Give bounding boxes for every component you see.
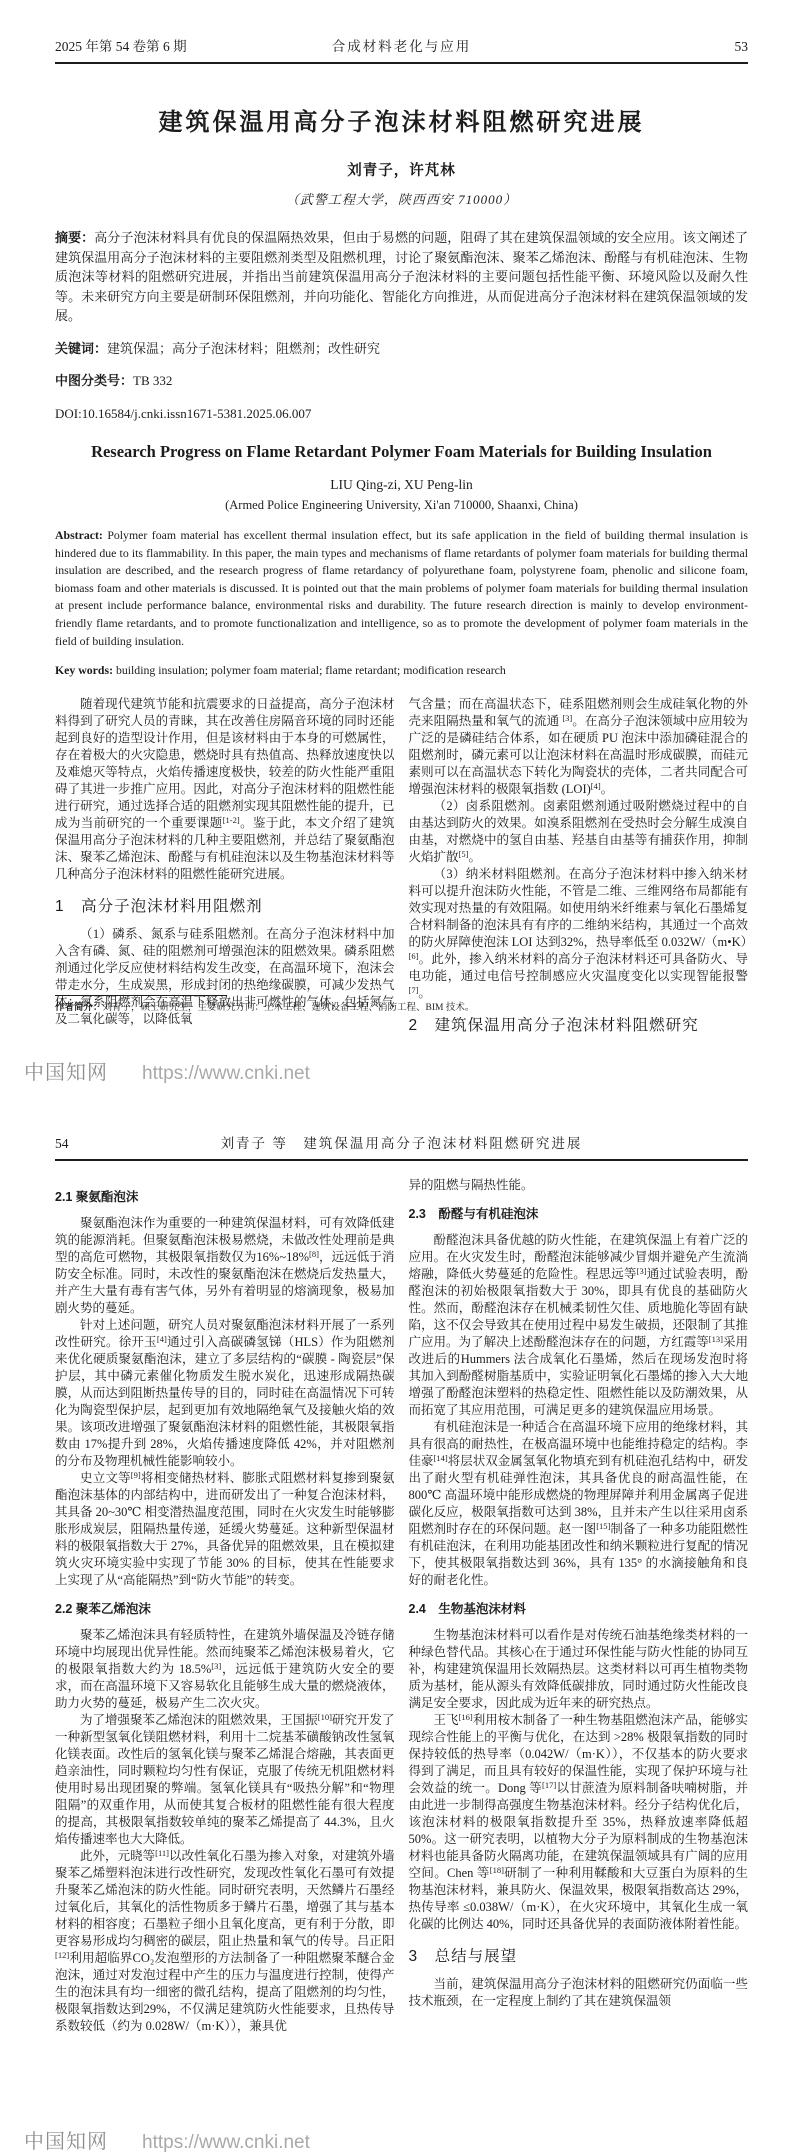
section-heading: 2.3 酚醛与有机硅泡沫: [409, 1206, 749, 1223]
abstract-cn-label: 摘要：: [55, 230, 94, 245]
article-title-cn: 建筑保温用高分子泡沫材料阻燃研究进展: [55, 102, 748, 137]
body-paragraph: 随着现代建筑节能和抗震要求的日益提高，高分子泡沫材料得到了研究人员的青睐，其在改…: [55, 696, 395, 883]
footnote-rule: [55, 995, 227, 996]
body-paragraph: 有机硅泡沫是一种适合在高温环境下应用的绝缘材料，其具有很高的耐热性，在极高温环境…: [409, 1419, 749, 1589]
body-paragraph: 异的阻燃与隔热性能。: [409, 1177, 749, 1194]
section-heading: 2.4 生物基泡沫材料: [409, 1601, 749, 1618]
body-paragraph: 当前，建筑保温用高分子泡沫材料的阻燃研究仍面临一些技术瓶颈，在一定程度上制约了其…: [409, 1976, 749, 2010]
journal-name: 合成材料老化与应用: [255, 38, 548, 56]
page1-right-column: 气含量；而在高温状态下，硅系阻燃剂则会生成硅氧化物的外壳来阻隔热量和氧气的流通 …: [409, 696, 749, 1045]
keywords-en-label: Key words:: [55, 663, 113, 677]
clc-label: 中图分类号：: [55, 373, 133, 388]
keywords-cn-label: 关键词：: [55, 341, 107, 356]
clc-value: TB 332: [133, 373, 172, 388]
keywords-en: Key words: building insulation; polymer …: [55, 662, 748, 680]
footnote-text: 作者简介：刘青子，硕士研究生，主要研究方向：土木工程、建筑设备工程、消防工程、B…: [55, 1002, 748, 1015]
article-title-en: Research Progress on Flame Retardant Pol…: [55, 441, 748, 463]
page-number: 53: [548, 38, 748, 56]
cnki-watermark-page2: 中国知网 https://www.cnki.net: [24, 2125, 310, 2154]
affiliation-en: (Armed Police Engineering University, Xi…: [55, 498, 748, 513]
footnote-label: 作者简介：: [55, 1003, 103, 1013]
body-paragraph: 气含量；而在高温状态下，硅系阻燃剂则会生成硅氧化物的外壳来阻隔热量和氧气的流通 …: [409, 696, 749, 798]
body-paragraph: （3）纳米材料阻燃剂。在高分子泡沫材料中掺入纳米材料可以提升泡沫防火性能，不管是…: [409, 866, 749, 1002]
section-heading: 2.2 聚苯乙烯泡沫: [55, 1601, 395, 1618]
authors-en: LIU Qing-zi, XU Peng-lin: [55, 477, 748, 493]
clc-number: 中图分类号：TB 332: [55, 371, 748, 391]
issue-info: 2025 年第 54 卷第 6 期: [55, 38, 255, 56]
cnki-url: https://www.cnki.net: [142, 1063, 310, 1085]
keywords-cn: 关键词：建筑保温；高分子泡沫材料；阻燃剂；改性研究: [55, 339, 748, 359]
body-paragraph: 王飞[16]利用桉木制备了一种生物基阻燃泡沫产品，能够实现综合性能上的平衡与优化…: [409, 1712, 749, 1933]
body-paragraph: 此外，元晓等[11]以改性氧化石墨为掺入对象，对建筑外墙聚苯乙烯塑料泡沫进行改性…: [55, 1848, 395, 2035]
page-2: 54 刘青子 等 建筑保温用高分子泡沫材料阻燃研究进展 2.1 聚氨酯泡沫聚氨酯…: [0, 1093, 794, 2148]
page2-left-column: 2.1 聚氨酯泡沫聚氨酯泡沫作为重要的一种建筑保温材料，可有效降低建筑的能源消耗…: [55, 1177, 395, 2035]
section-heading: 1 高分子泡沫材料用阻燃剂: [55, 898, 395, 915]
section-heading: 2 建筑保温用高分子泡沫材料阻燃研究: [409, 1017, 749, 1034]
body-paragraph: 聚氨酯泡沫作为重要的一种建筑保温材料，可有效降低建筑的能源消耗。但聚氨酯泡沫极易…: [55, 1215, 395, 1317]
body-paragraph: 酚醛泡沫具备优越的防火性能，在建筑保温上有着广泛的应用。在火灾发生时，酚醛泡沫能…: [409, 1232, 749, 1419]
body-paragraph: 为了增强聚苯乙烯泡沫的阻燃效果，王国振[10]研究开发了一种新型氢氧化镁阻燃材料…: [55, 1712, 395, 1848]
body-paragraph: 聚苯乙烯泡沫具有轻质特性，在建筑外墙保温及冷链存储环境中均展现出优异性能。然而纯…: [55, 1627, 395, 1712]
cnki-watermark-page1: 中国知网 https://www.cnki.net: [24, 1056, 310, 1085]
body-paragraph: 史立文等[9]将相变储热材料、膨胀式阻燃材料复掺到聚氨酯泡沫基体的内部结构中，进…: [55, 1470, 395, 1589]
body-paragraph: （2）卤系阻燃剂。卤素阻燃剂通过吸附燃烧过程中的自由基达到防火的效果。如溴系阻燃…: [409, 798, 749, 866]
page2-right-column: 异的阻燃与隔热性能。2.3 酚醛与有机硅泡沫酚醛泡沫具备优越的防火性能，在建筑保…: [409, 1177, 749, 2035]
section-heading: 3 总结与展望: [409, 1948, 749, 1965]
author-bio-footnote: 作者简介：刘青子，硕士研究生，主要研究方向：土木工程、建筑设备工程、消防工程、B…: [55, 995, 748, 1015]
keywords-en-text: building insulation; polymer foam materi…: [116, 663, 506, 677]
page2-running-head: 54 刘青子 等 建筑保温用高分子泡沫材料阻燃研究进展: [55, 1135, 748, 1161]
document-sheet: 2025 年第 54 卷第 6 期 合成材料老化与应用 53 建筑保温用高分子泡…: [0, 0, 794, 2148]
page1-left-column: 随着现代建筑节能和抗震要求的日益提高，高分子泡沫材料得到了研究人员的青睐，其在改…: [55, 696, 395, 1045]
doi-line: DOI:10.16584/j.cnki.issn1671-5381.2025.0…: [55, 404, 748, 424]
abstract-en: Abstract: Polymer foam material has exce…: [55, 527, 748, 650]
footnote-body: 刘青子，硕士研究生，主要研究方向：土木工程、建筑设备工程、消防工程、BIM 技术…: [103, 1003, 475, 1013]
abstract-cn-text: 高分子泡沫材料具有优良的保温隔热效果，但由于易燃的问题，阻碍了其在建筑保温领域的…: [55, 230, 748, 323]
cnki-brand: 中国知网: [24, 1056, 108, 1085]
cnki-url: https://www.cnki.net: [142, 2132, 310, 2154]
page1-body-columns: 随着现代建筑节能和抗震要求的日益提高，高分子泡沫材料得到了研究人员的青睐，其在改…: [55, 696, 748, 1045]
body-paragraph: 针对上述问题，研究人员对聚氨酯泡沫材料开展了一系列改性研究。徐开玉[4]通过引入…: [55, 1317, 395, 1470]
abstract-en-text: Polymer foam material has excellent ther…: [55, 528, 748, 648]
abstract-cn: 摘要：高分子泡沫材料具有优良的保温隔热效果，但由于易燃的问题，阻碍了其在建筑保温…: [55, 228, 748, 326]
body-paragraph: 生物基泡沫材料可以看作是对传统石油基绝缘类材料的一种绿色替代品。其核心在于通过环…: [409, 1627, 749, 1712]
abstract-en-label: Abstract:: [55, 528, 103, 542]
page-number: 54: [55, 1135, 145, 1153]
affiliation-cn: （武警工程大学，陕西西安 710000）: [55, 189, 748, 208]
authors-cn: 刘青子，许芃林: [55, 159, 748, 180]
page2-body-columns: 2.1 聚氨酯泡沫聚氨酯泡沫作为重要的一种建筑保温材料，可有效降低建筑的能源消耗…: [55, 1177, 748, 2035]
page1-running-head: 2025 年第 54 卷第 6 期 合成材料老化与应用 53: [55, 38, 748, 64]
cnki-brand: 中国知网: [24, 2125, 108, 2154]
section-heading: 2.1 聚氨酯泡沫: [55, 1189, 395, 1206]
running-title: 刘青子 等 建筑保温用高分子泡沫材料阻燃研究进展: [145, 1135, 658, 1153]
page-1: 2025 年第 54 卷第 6 期 合成材料老化与应用 53 建筑保温用高分子泡…: [0, 0, 794, 1093]
keywords-cn-text: 建筑保温；高分子泡沫材料；阻燃剂；改性研究: [107, 341, 380, 356]
